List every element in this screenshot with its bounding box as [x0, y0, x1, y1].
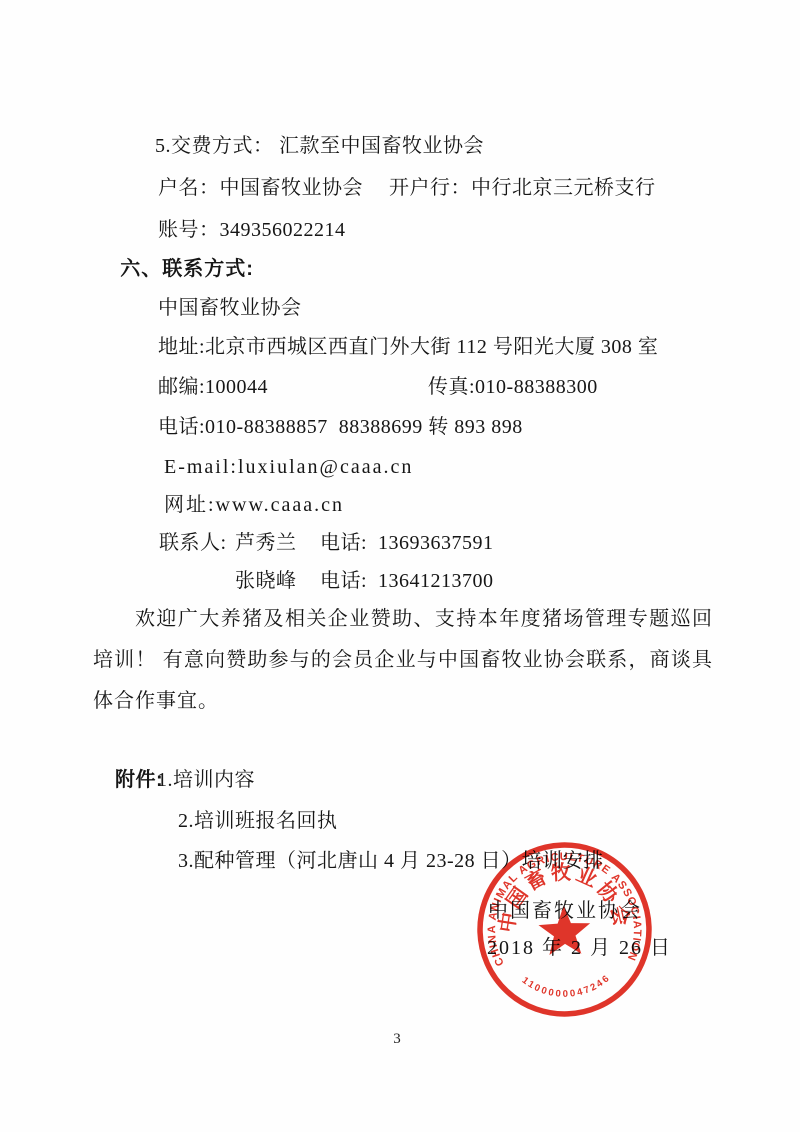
seal-serial-text: 1100000047246 [519, 972, 613, 1001]
contact-name-text: 张晓峰 [235, 568, 320, 595]
document-page: 5.交费方式： 汇款至中国畜牧业协会 户名：中国畜牧业协会开户行：中行北京三元桥… [0, 0, 800, 1132]
official-seal: CHINA ANIMAL AGRICULTURE ASSOCIATION 中国畜… [471, 836, 658, 1023]
welcome-paragraph: 欢迎广大养猪及相关企业赞助、支持本年度猪场管理专题巡回培训！ 有意向赞助参与的会… [93, 599, 713, 722]
contact-phone-label: 电话: [320, 568, 378, 595]
bank-text: 开户行：中行北京三元桥支行 [389, 177, 656, 199]
contact-phone-number: 13641213700 [378, 570, 494, 592]
seal-serial-ring: 1100000047246 [519, 972, 613, 1001]
star-icon [538, 904, 591, 955]
attachments-label: 附件: [115, 767, 157, 794]
page-number: 3 [0, 1031, 794, 1048]
